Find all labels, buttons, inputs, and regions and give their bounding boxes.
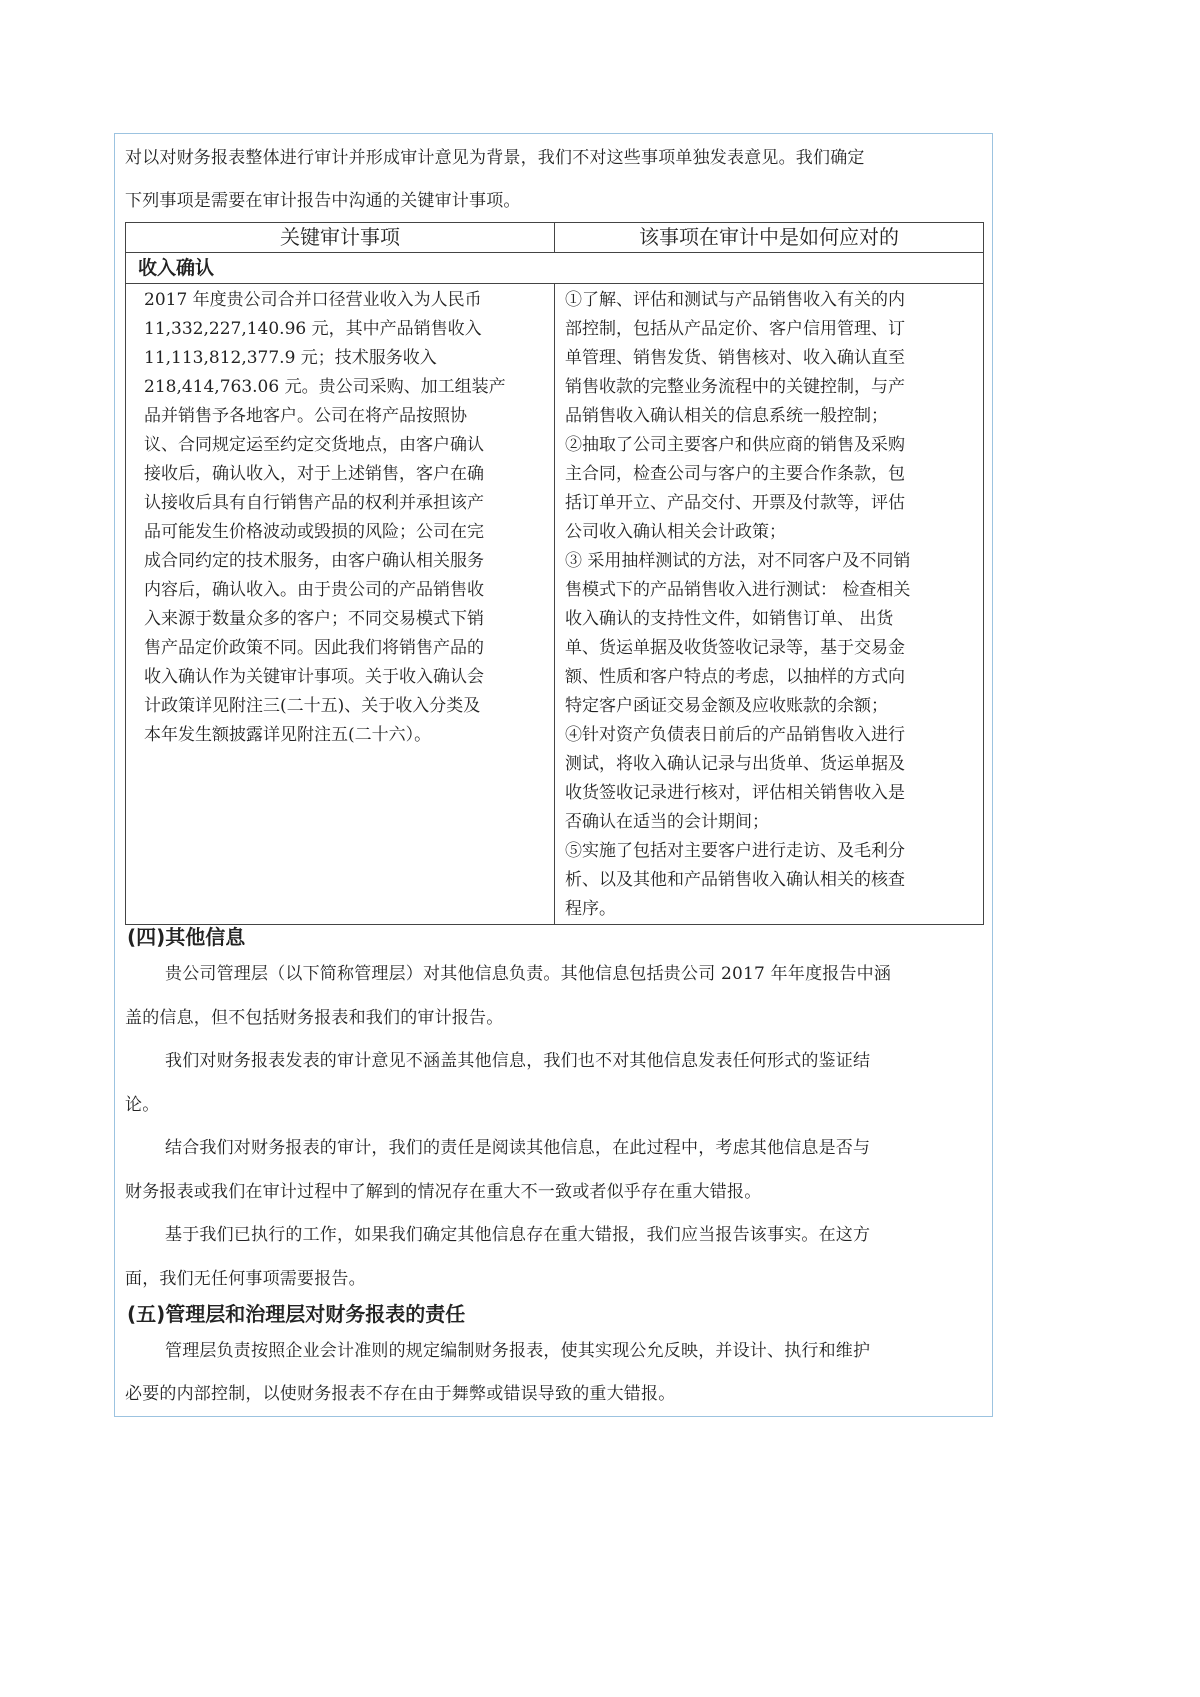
s4-p1-line2: 盖的信息，但不包括财务报表和我们的审计报告。 <box>125 1007 985 1029</box>
s4-p4-line1: 基于我们已执行的工作，如果我们确定其他信息存在重大错报，我们应当报告该事实。在这… <box>125 1224 985 1246</box>
s4-p2-line1: 我们对财务报表发表的审计意见不涵盖其他信息，我们也不对其他信息发表任何形式的鉴证… <box>125 1050 985 1072</box>
audit-response: ①了解、评估和测试与产品销售收入有关的内 部控制，包括从产品定价、客户信用管理、… <box>555 284 984 925</box>
category-revenue-recognition: 收入确认 <box>126 253 984 284</box>
intro-line-1: 对以对财务报表整体进行审计并形成审计意见为背景，我们不对这些事项单独发表意见。我… <box>125 147 985 169</box>
section-4-title: (四)其他信息 <box>127 925 245 949</box>
key-audit-matters-table: 关键审计事项 该事项在审计中是如何应对的 收入确认 2017 年度贵公司合并口径… <box>125 222 984 925</box>
header-key-audit-matter: 关键审计事项 <box>126 223 555 253</box>
s4-p3-line1: 结合我们对财务报表的审计，我们的责任是阅读其他信息，在此过程中，考虑其他信息是否… <box>125 1137 985 1159</box>
matter-description: 2017 年度贵公司合并口径营业收入为人民币 11,332,227,140.96… <box>126 284 555 925</box>
intro-line-2: 下列事项是需要在审计报告中沟通的关键审计事项。 <box>125 190 985 212</box>
s5-p1-line1: 管理层负责按照企业会计准则的规定编制财务报表，使其实现公允反映，并设计、执行和维… <box>125 1340 985 1362</box>
header-audit-response: 该事项在审计中是如何应对的 <box>555 223 984 253</box>
s4-p3-line2: 财务报表或我们在审计过程中了解到的情况存在重大不一致或者似乎存在重大错报。 <box>125 1181 985 1203</box>
s5-p1-line2: 必要的内部控制，以使财务报表不存在由于舞弊或错误导致的重大错报。 <box>125 1383 985 1405</box>
s4-p4-line2: 面，我们无任何事项需要报告。 <box>125 1268 985 1290</box>
section-5-title: (五)管理层和治理层对财务报表的责任 <box>127 1302 465 1326</box>
s4-p1-line1: 贵公司管理层（以下简称管理层）对其他信息负责。其他信息包括贵公司 2017 年年… <box>125 963 985 985</box>
s4-p2-line2: 论。 <box>125 1094 985 1116</box>
